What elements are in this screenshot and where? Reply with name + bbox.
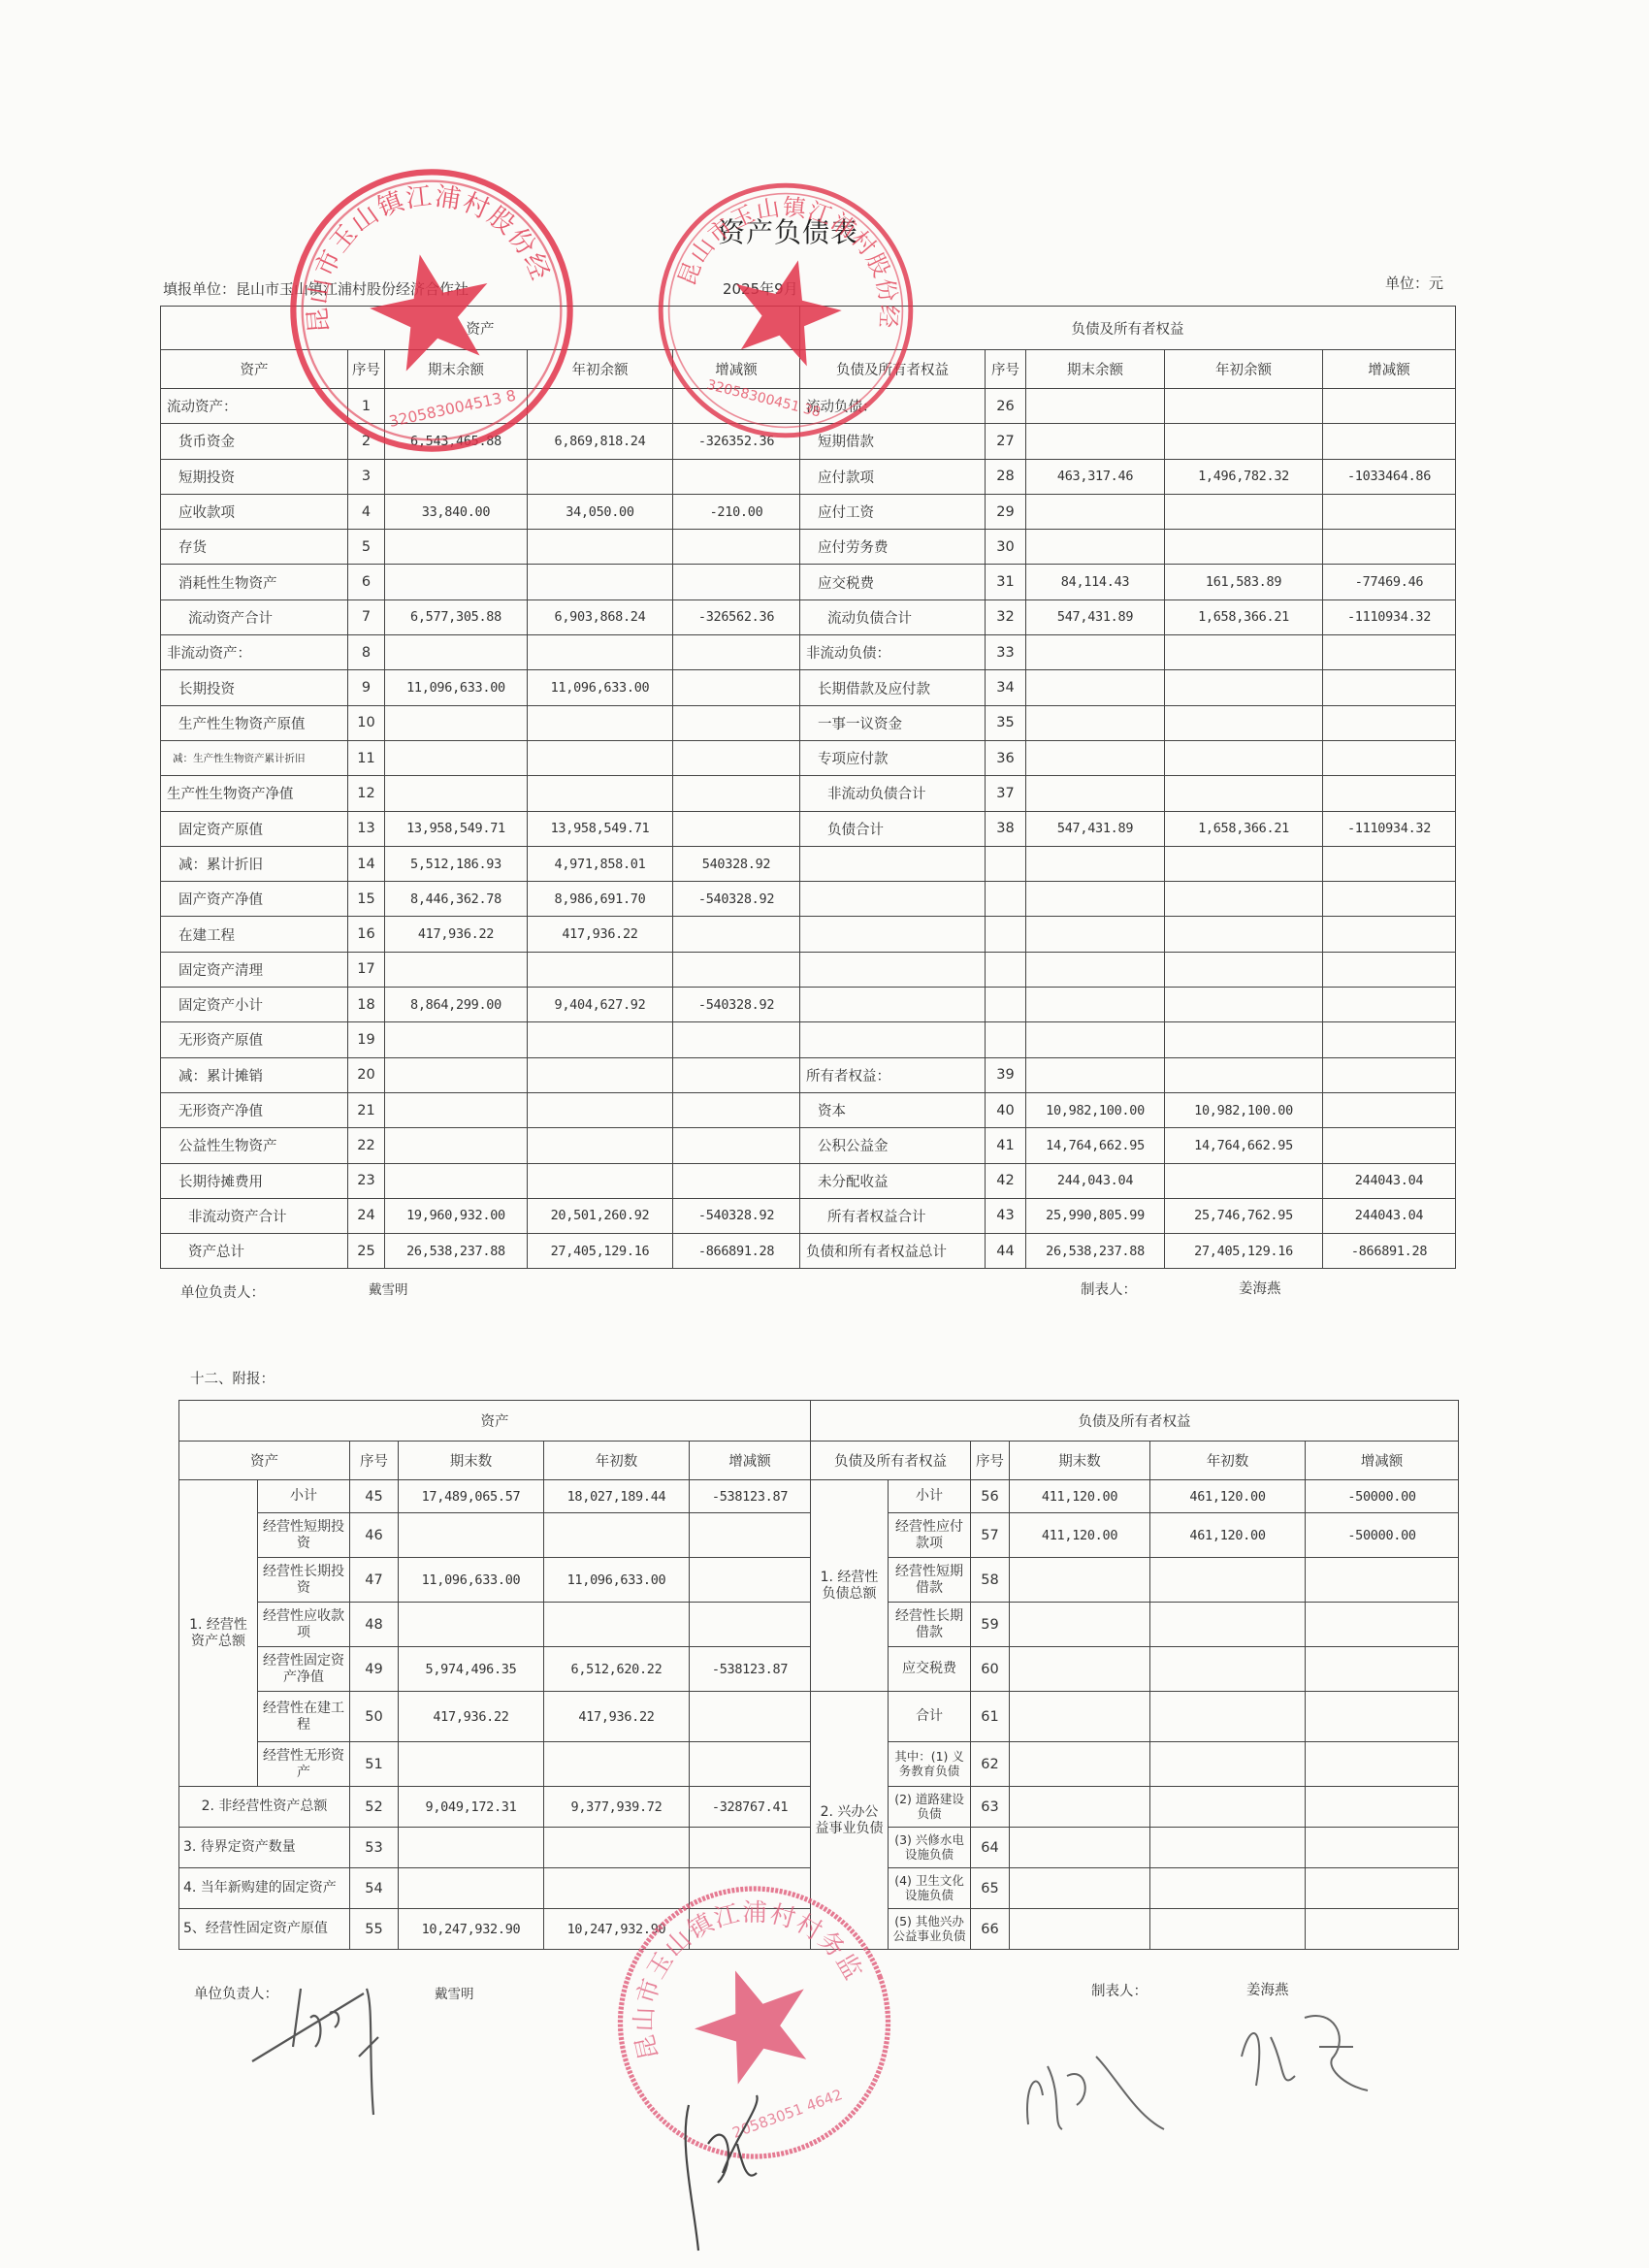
asset-end-balance: 417,936.22: [385, 917, 528, 952]
asset-change: [673, 776, 800, 811]
asset-end-balance: 8,864,299.00: [385, 988, 528, 1022]
asset-change: [673, 705, 800, 740]
supp-asset-begin: 9,377,939.72: [544, 1787, 690, 1828]
supp-liability-end: [1010, 1692, 1150, 1742]
asset-row-number: 11: [348, 740, 385, 775]
table-row: 经营性在建工程50417,936.22417,936.222. 兴办公益事业负债…: [179, 1692, 1459, 1742]
table-row: 流动资产合计76,577,305.886,903,868.24-326562.3…: [161, 599, 1456, 634]
liability-end-balance: [1026, 530, 1165, 565]
liability-label: 应付款项: [800, 459, 986, 494]
supp-asset-change: [690, 1603, 811, 1647]
asset-label: 存货: [161, 530, 348, 565]
signature-preparer: [1227, 1998, 1382, 2105]
supp-asset-label: 小计: [258, 1480, 350, 1513]
liability-col-header: 期末余额: [1026, 350, 1165, 389]
asset-col-header: 年初余额: [528, 350, 673, 389]
liability-change: [1323, 988, 1456, 1022]
liability-end-balance: 26,538,237.88: [1026, 1234, 1165, 1269]
table-row: 固产资产净值158,446,362.788,986,691.70-540328.…: [161, 882, 1456, 917]
liability-end-balance: 547,431.89: [1026, 599, 1165, 634]
supp-asset-end: 417,936.22: [399, 1692, 544, 1742]
supp-asset-end: [399, 1603, 544, 1647]
supp-asset-begin: 10,247,932.90: [544, 1909, 690, 1950]
asset-begin-balance: 8,986,691.70: [528, 882, 673, 917]
responsible-label: 单位负责人：: [180, 1281, 265, 1302]
asset-end-balance: 33,840.00: [385, 494, 528, 529]
supp-asset-end: 9,049,172.31: [399, 1787, 544, 1828]
supp-liability-end: 411,120.00: [1010, 1513, 1150, 1558]
asset-label: 无形资产净值: [161, 1092, 348, 1127]
supp-liability-row-number: 62: [971, 1742, 1010, 1787]
table-row: 减：累计摊销20所有者权益：39: [161, 1057, 1456, 1092]
asset-end-balance: 6,577,305.88: [385, 599, 528, 634]
supp-liability-change: [1306, 1742, 1459, 1787]
asset-row-number: 8: [348, 635, 385, 670]
supp-liability-change: -50000.00: [1306, 1513, 1459, 1558]
liability-label: [800, 1022, 986, 1057]
reporting-unit-label: 填报单位：: [163, 280, 236, 298]
liability-label: 长期借款及应付款: [800, 670, 986, 705]
supp-liability-change: [1306, 1828, 1459, 1868]
liability-row-number: 29: [986, 494, 1026, 529]
supp-asset-end: 11,096,633.00: [399, 1558, 544, 1603]
liability-change: [1323, 705, 1456, 740]
signature-supervisor: [669, 2086, 786, 2260]
liability-begin-balance: [1165, 776, 1323, 811]
asset-end-balance: [385, 459, 528, 494]
liability-end-balance: [1026, 635, 1165, 670]
supp-asset-label: 经营性在建工程: [258, 1692, 350, 1742]
asset-begin-balance: 4,971,858.01: [528, 846, 673, 881]
asset-label: 公益性生物资产: [161, 1128, 348, 1163]
liability-change: [1323, 635, 1456, 670]
supp-liability-change: [1306, 1647, 1459, 1692]
supp-asset-end: [399, 1513, 544, 1558]
asset-label: 流动资产：: [161, 389, 348, 424]
liability-row-number: 41: [986, 1128, 1026, 1163]
liability-label: [800, 988, 986, 1022]
liability-begin-balance: [1165, 1163, 1323, 1198]
asset-change: [673, 917, 800, 952]
asset-end-balance: [385, 1057, 528, 1092]
supp-liability-begin: 461,120.00: [1150, 1480, 1306, 1513]
asset-row-number: 18: [348, 988, 385, 1022]
supp-liability-row-number: 58: [971, 1558, 1010, 1603]
table-row: 无形资产原值19: [161, 1022, 1456, 1057]
asset-row-number: 5: [348, 530, 385, 565]
asset-row-number: 24: [348, 1198, 385, 1233]
liability-label: 所有者权益合计: [800, 1198, 986, 1233]
asset-begin-balance: [528, 705, 673, 740]
asset-label: 短期投资: [161, 459, 348, 494]
asset-change: -866891.28: [673, 1234, 800, 1269]
liability-row-number: 37: [986, 776, 1026, 811]
supp-assets-section-header: 资产: [179, 1401, 811, 1442]
supp-asset-row-number: 51: [350, 1742, 399, 1787]
supp-liability-begin: [1150, 1603, 1306, 1647]
liability-row-number: 31: [986, 565, 1026, 599]
supp-liability-begin: [1150, 1692, 1306, 1742]
asset-label: 减：累计折旧: [161, 846, 348, 881]
asset-end-balance: [385, 1092, 528, 1127]
asset-label: 固产资产净值: [161, 882, 348, 917]
supp-liability-change: [1306, 1692, 1459, 1742]
liability-begin-balance: 1,658,366.21: [1165, 599, 1323, 634]
supp-asset-row-number: 52: [350, 1787, 399, 1828]
liability-label: [800, 882, 986, 917]
table-row: 公益性生物资产22公积公益金4114,764,662.9514,764,662.…: [161, 1128, 1456, 1163]
asset-label: 无形资产原值: [161, 1022, 348, 1057]
supp-asset-end: [399, 1742, 544, 1787]
asset-change: [673, 740, 800, 775]
liability-label: 非流动负债合计: [800, 776, 986, 811]
asset-label: 生产性生物资产净值: [161, 776, 348, 811]
asset-row-number: 20: [348, 1057, 385, 1092]
liability-end-balance: [1026, 988, 1165, 1022]
supp-asset-row-number: 53: [350, 1828, 399, 1868]
asset-begin-balance: 6,903,868.24: [528, 599, 673, 634]
liability-end-balance: [1026, 705, 1165, 740]
liability-end-balance: [1026, 917, 1165, 952]
supp-liability-begin: [1150, 1868, 1306, 1909]
asset-end-balance: 11,096,633.00: [385, 670, 528, 705]
liability-begin-balance: [1165, 389, 1323, 424]
asset-end-balance: [385, 1163, 528, 1198]
liability-begin-balance: [1165, 988, 1323, 1022]
liability-row-number: 38: [986, 811, 1026, 846]
liability-end-balance: 244,043.04: [1026, 1163, 1165, 1198]
liability-col-header: 序号: [986, 350, 1026, 389]
asset-change: -210.00: [673, 494, 800, 529]
supp-liability-end: 411,120.00: [1010, 1480, 1150, 1513]
asset-row-number: 1: [348, 389, 385, 424]
liability-change: [1323, 740, 1456, 775]
supp-asset-begin: 11,096,633.00: [544, 1558, 690, 1603]
supp-asset-end: 17,489,065.57: [399, 1480, 544, 1513]
liability-row-number: [986, 917, 1026, 952]
supp-asset-label: 经营性无形资产: [258, 1742, 350, 1787]
supp-asset-label: 4. 当年新购建的固定资产: [179, 1868, 350, 1909]
liability-begin-balance: 161,583.89: [1165, 565, 1323, 599]
liability-begin-balance: 14,764,662.95: [1165, 1128, 1323, 1163]
supp-liability-row-number: 60: [971, 1647, 1010, 1692]
supp-liability-change: [1306, 1558, 1459, 1603]
liability-label: 应付工资: [800, 494, 986, 529]
liability-label: [800, 952, 986, 987]
liability-row-number: 35: [986, 705, 1026, 740]
asset-change: [673, 670, 800, 705]
table-row: 消耗性生物资产6应交税费3184,114.43161,583.89-77469.…: [161, 565, 1456, 599]
liability-col-header: 增减额: [1323, 350, 1456, 389]
supp-liability-label: (5) 其他兴办公益事业负债: [889, 1909, 971, 1950]
asset-end-balance: [385, 776, 528, 811]
liabilities-section-header: 负债及所有者权益: [800, 307, 1456, 350]
liability-begin-balance: [1165, 1022, 1323, 1057]
currency-unit: 单位：元: [1385, 273, 1443, 293]
supp-asset-label: 经营性固定资产净值: [258, 1647, 350, 1692]
liability-row-number: 39: [986, 1057, 1026, 1092]
supplementary-heading: 十二、附报：: [190, 1368, 275, 1388]
asset-end-balance: [385, 740, 528, 775]
supp-liability-begin: [1150, 1742, 1306, 1787]
asset-change: -540328.92: [673, 988, 800, 1022]
supp-liability-row-number: 65: [971, 1868, 1010, 1909]
asset-begin-balance: [528, 776, 673, 811]
asset-end-balance: [385, 1128, 528, 1163]
asset-begin-balance: 9,404,627.92: [528, 988, 673, 1022]
supp-asset-col-header: 序号: [350, 1442, 399, 1480]
table-row: 应收款项433,840.0034,050.00-210.00应付工资29: [161, 494, 1456, 529]
table-row: 长期待摊费用23未分配收益42244,043.04244043.04: [161, 1163, 1456, 1198]
asset-row-number: 16: [348, 917, 385, 952]
signature-reviewer: [1009, 2037, 1174, 2144]
liability-row-number: 32: [986, 599, 1026, 634]
supp-liability-end: [1010, 1868, 1150, 1909]
supp-liability-begin: [1150, 1909, 1306, 1950]
liability-change: -1110934.32: [1323, 811, 1456, 846]
asset-end-balance: 13,958,549.71: [385, 811, 528, 846]
liability-change: [1323, 530, 1456, 565]
liability-begin-balance: [1165, 1057, 1323, 1092]
supp-asset-label: 经营性应收款项: [258, 1603, 350, 1647]
supp-asset-change: [690, 1558, 811, 1603]
liability-end-balance: 463,317.46: [1026, 459, 1165, 494]
asset-row-number: 21: [348, 1092, 385, 1127]
asset-end-balance: [385, 635, 528, 670]
asset-label: 非流动资产合计: [161, 1198, 348, 1233]
asset-change: [673, 952, 800, 987]
table-row: 在建工程16417,936.22417,936.22: [161, 917, 1456, 952]
liability-change: [1323, 882, 1456, 917]
asset-begin-balance: 11,096,633.00: [528, 670, 673, 705]
asset-begin-balance: 27,405,129.16: [528, 1234, 673, 1269]
liability-change: [1323, 917, 1456, 952]
asset-col-header: 序号: [348, 350, 385, 389]
supp-asset-row-number: 49: [350, 1647, 399, 1692]
liability-row-number: 43: [986, 1198, 1026, 1233]
asset-begin-balance: [528, 1163, 673, 1198]
supp-asset-label: 2. 非经营性资产总额: [179, 1787, 350, 1828]
liability-change: [1323, 1057, 1456, 1092]
liability-begin-balance: 10,982,100.00: [1165, 1092, 1323, 1127]
liability-change: -1110934.32: [1323, 599, 1456, 634]
liability-label: 一事一议资金: [800, 705, 986, 740]
supp-liability-change: [1306, 1909, 1459, 1950]
supp-liability-change: [1306, 1868, 1459, 1909]
asset-row-number: 12: [348, 776, 385, 811]
liability-end-balance: 547,431.89: [1026, 811, 1165, 846]
supp-liability-end: [1010, 1828, 1150, 1868]
supp-liability-change: [1306, 1603, 1459, 1647]
asset-label: 应收款项: [161, 494, 348, 529]
asset-begin-balance: [528, 740, 673, 775]
liability-row-number: 44: [986, 1234, 1026, 1269]
supp-asset-change: [690, 1909, 811, 1950]
liability-end-balance: 14,764,662.95: [1026, 1128, 1165, 1163]
liability-change: [1323, 424, 1456, 459]
svg-text:20583051 4642: 20583051 4642: [730, 2086, 845, 2142]
supp-liability-row-number: 61: [971, 1692, 1010, 1742]
asset-row-number: 7: [348, 599, 385, 634]
table-row: 减：生产性生物资产累计折旧11专项应付款36: [161, 740, 1456, 775]
supp-liability-col-header: 年初数: [1150, 1442, 1306, 1480]
asset-label: 减：累计摊销: [161, 1057, 348, 1092]
asset-change: [673, 1092, 800, 1127]
supp-asset-row-number: 45: [350, 1480, 399, 1513]
liability-change: [1323, 776, 1456, 811]
supp-asset-end: [399, 1828, 544, 1868]
asset-end-balance: [385, 389, 528, 424]
asset-row-number: 23: [348, 1163, 385, 1198]
asset-begin-balance: 417,936.22: [528, 917, 673, 952]
supp-liability-row-number: 56: [971, 1480, 1010, 1513]
liability-label: 公积公益金: [800, 1128, 986, 1163]
report-period: 2025年9月: [723, 278, 798, 299]
table-row: 固定资产原值1313,958,549.7113,958,549.71负债合计38…: [161, 811, 1456, 846]
supp-asset-begin: [544, 1742, 690, 1787]
liability-row-number: [986, 1022, 1026, 1057]
responsible-name: 戴雪明: [369, 1279, 408, 1298]
supp-asset-begin: 6,512,620.22: [544, 1647, 690, 1692]
liability-begin-balance: [1165, 635, 1323, 670]
asset-col-header: 期末余额: [385, 350, 528, 389]
liability-change: -1033464.86: [1323, 459, 1456, 494]
liability-label: 流动负债合计: [800, 599, 986, 634]
supp-asset-begin: [544, 1513, 690, 1558]
supp-liability-label: (4) 卫生文化设施负债: [889, 1868, 971, 1909]
supp-asset-begin: 18,027,189.44: [544, 1480, 690, 1513]
supp-asset-col-header: 资产: [179, 1442, 350, 1480]
asset-begin-balance: [528, 1128, 673, 1163]
supp-liability-row-number: 63: [971, 1787, 1010, 1828]
asset-begin-balance: [528, 565, 673, 599]
liability-change: [1323, 1092, 1456, 1127]
supp-liability-row-number: 64: [971, 1828, 1010, 1868]
asset-end-balance: 19,960,932.00: [385, 1198, 528, 1233]
asset-label: 固定资产原值: [161, 811, 348, 846]
asset-begin-balance: [528, 1092, 673, 1127]
supp-asset-row-number: 48: [350, 1603, 399, 1647]
assets-section-header: 资产: [161, 307, 800, 350]
liability-end-balance: 10,982,100.00: [1026, 1092, 1165, 1127]
liability-label: 负债合计: [800, 811, 986, 846]
supp-preparer-label: 制表人：: [1091, 1980, 1148, 2000]
liability-label: 流动负债：: [800, 389, 986, 424]
supp-asset-row-number: 47: [350, 1558, 399, 1603]
supp-asset-label: 5、经营性固定资产原值: [179, 1909, 350, 1950]
asset-begin-balance: [528, 952, 673, 987]
asset-begin-balance: 20,501,260.92: [528, 1198, 673, 1233]
liability-change: [1323, 494, 1456, 529]
table-row: 固定资产小计188,864,299.009,404,627.92-540328.…: [161, 988, 1456, 1022]
liability-row-number: [986, 988, 1026, 1022]
liability-change: [1323, 670, 1456, 705]
liability-begin-balance: 25,746,762.95: [1165, 1198, 1323, 1233]
supp-asset-change: [690, 1742, 811, 1787]
supp-asset-row-number: 50: [350, 1692, 399, 1742]
liability-begin-balance: [1165, 494, 1323, 529]
asset-change: -326562.36: [673, 599, 800, 634]
asset-begin-balance: 6,869,818.24: [528, 424, 673, 459]
asset-begin-balance: [528, 635, 673, 670]
asset-change: 540328.92: [673, 846, 800, 881]
asset-label: 减：生产性生物资产累计折旧: [161, 740, 348, 775]
asset-label: 长期待摊费用: [161, 1163, 348, 1198]
table-row: 存货5应付劳务费30: [161, 530, 1456, 565]
asset-change: -540328.92: [673, 1198, 800, 1233]
liability-begin-balance: [1165, 740, 1323, 775]
asset-row-number: 3: [348, 459, 385, 494]
supp-liability-col-header: 增减额: [1306, 1442, 1459, 1480]
supp-asset-group-label: 1. 经营性资产总额: [179, 1480, 258, 1787]
liability-row-number: 28: [986, 459, 1026, 494]
table-row: 非流动资产：8非流动负债：33: [161, 635, 1456, 670]
asset-row-number: 25: [348, 1234, 385, 1269]
liability-end-balance: [1026, 1057, 1165, 1092]
liability-row-number: 30: [986, 530, 1026, 565]
liability-begin-balance: [1165, 705, 1323, 740]
supp-liability-label: 应交税费: [889, 1647, 971, 1692]
table-row: 减：累计折旧145,512,186.934,971,858.01540328.9…: [161, 846, 1456, 881]
asset-end-balance: 5,512,186.93: [385, 846, 528, 881]
asset-label: 固定资产清理: [161, 952, 348, 987]
liability-end-balance: [1026, 776, 1165, 811]
asset-end-balance: 6,543,465.88: [385, 424, 528, 459]
supp-liability-label: (3) 兴修水电设施负债: [889, 1828, 971, 1868]
supp-asset-end: 10,247,932.90: [399, 1909, 544, 1950]
supp-column-header-row: 资产序号期末数年初数增减额负债及所有者权益序号期末数年初数增减额: [179, 1442, 1459, 1480]
asset-end-balance: [385, 530, 528, 565]
liability-row-number: [986, 846, 1026, 881]
asset-col-header: 增减额: [673, 350, 800, 389]
asset-row-number: 22: [348, 1128, 385, 1163]
supp-asset-begin: [544, 1828, 690, 1868]
asset-row-number: 13: [348, 811, 385, 846]
liability-label: 未分配收益: [800, 1163, 986, 1198]
supp-liability-begin: 461,120.00: [1150, 1513, 1306, 1558]
asset-label: 生产性生物资产原值: [161, 705, 348, 740]
liability-begin-balance: [1165, 917, 1323, 952]
table-row: 固定资产清理17: [161, 952, 1456, 987]
liability-change: [1323, 389, 1456, 424]
asset-end-balance: [385, 565, 528, 599]
supp-asset-row-number: 55: [350, 1909, 399, 1950]
supp-asset-change: -538123.87: [690, 1647, 811, 1692]
reporting-unit-name: 昆山市玉山镇江浦村股份经济合作社: [236, 280, 469, 298]
asset-label: 消耗性生物资产: [161, 565, 348, 599]
asset-label: 长期投资: [161, 670, 348, 705]
liability-change: 244043.04: [1323, 1198, 1456, 1233]
supp-asset-change: -538123.87: [690, 1480, 811, 1513]
supp-liability-group-label: 2. 兴办公益事业负债: [811, 1692, 889, 1950]
supplementary-table: 资产 负债及所有者权益 资产序号期末数年初数增减额负债及所有者权益序号期末数年初…: [178, 1400, 1459, 1950]
supp-responsible-name: 戴雪明: [435, 1983, 474, 2002]
asset-label: 非流动资产：: [161, 635, 348, 670]
supp-asset-change: [690, 1868, 811, 1909]
asset-label: 在建工程: [161, 917, 348, 952]
asset-row-number: 4: [348, 494, 385, 529]
table-row: 1. 经营性资产总额小计4517,489,065.5718,027,189.44…: [179, 1480, 1459, 1513]
supp-liability-label: 合计: [889, 1692, 971, 1742]
supp-asset-col-header: 增减额: [690, 1442, 811, 1480]
supp-asset-change: [690, 1692, 811, 1742]
asset-change: [673, 811, 800, 846]
asset-row-number: 15: [348, 882, 385, 917]
liability-end-balance: [1026, 424, 1165, 459]
supp-liability-col-header: 负债及所有者权益: [811, 1442, 971, 1480]
liability-label: 所有者权益：: [800, 1057, 986, 1092]
supp-asset-end: 5,974,496.35: [399, 1647, 544, 1692]
